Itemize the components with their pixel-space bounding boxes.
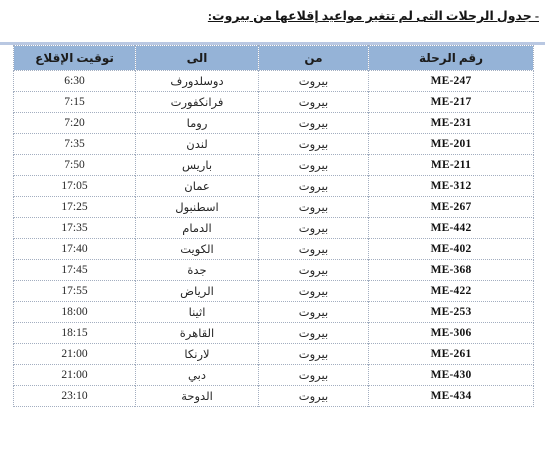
table-row: ME-261 بيروت لارنكا 21:00 [14, 344, 534, 365]
flight-number-cell: ME-312 [369, 176, 534, 197]
departure-time-cell: 7:50 [14, 155, 136, 176]
destination-cell: روما [136, 113, 259, 134]
flight-number-cell: ME-261 [369, 344, 534, 365]
flight-number-cell: ME-231 [369, 113, 534, 134]
origin-cell: بيروت [259, 71, 369, 92]
flight-number-cell: ME-434 [369, 386, 534, 407]
origin-cell: بيروت [259, 365, 369, 386]
table-row: ME-368 بيروت جدة 17:45 [14, 260, 534, 281]
table-header-row: رقم الرحلة من الى توقيت الإقلاع [14, 46, 534, 71]
destination-cell: الدوحة [136, 386, 259, 407]
table-row: ME-434 بيروت الدوحة 23:10 [14, 386, 534, 407]
origin-cell: بيروت [259, 344, 369, 365]
table-row: ME-211 بيروت باريس 7:50 [14, 155, 534, 176]
flights-table: رقم الرحلة من الى توقيت الإقلاع ME-247 ب… [13, 45, 534, 407]
destination-cell: دبي [136, 365, 259, 386]
destination-cell: القاهرة [136, 323, 259, 344]
destination-cell: دوسلدورف [136, 71, 259, 92]
departure-time-cell: 17:25 [14, 197, 136, 218]
origin-cell: بيروت [259, 323, 369, 344]
departure-time-cell: 21:00 [14, 344, 136, 365]
flight-number-cell: ME-422 [369, 281, 534, 302]
header-to: الى [136, 46, 259, 71]
origin-cell: بيروت [259, 218, 369, 239]
departure-time-cell: 17:05 [14, 176, 136, 197]
flight-number-cell: ME-402 [369, 239, 534, 260]
origin-cell: بيروت [259, 386, 369, 407]
document-page: { "page": { "title": "- جدول الرحلات الت… [0, 0, 545, 452]
table-row: ME-442 بيروت الدمام 17:35 [14, 218, 534, 239]
table-row: ME-306 بيروت القاهرة 18:15 [14, 323, 534, 344]
destination-cell: الكويت [136, 239, 259, 260]
origin-cell: بيروت [259, 260, 369, 281]
destination-cell: الدمام [136, 218, 259, 239]
destination-cell: لندن [136, 134, 259, 155]
header-departure-time: توقيت الإقلاع [14, 46, 136, 71]
destination-cell: اثينا [136, 302, 259, 323]
departure-time-cell: 17:55 [14, 281, 136, 302]
destination-cell: الرياض [136, 281, 259, 302]
header-from: من [259, 46, 369, 71]
departure-time-cell: 18:00 [14, 302, 136, 323]
table-row: ME-267 بيروت اسطنبول 17:25 [14, 197, 534, 218]
origin-cell: بيروت [259, 281, 369, 302]
origin-cell: بيروت [259, 155, 369, 176]
table-row: ME-217 بيروت فرانكفورت 7:15 [14, 92, 534, 113]
flight-number-cell: ME-306 [369, 323, 534, 344]
flight-number-cell: ME-217 [369, 92, 534, 113]
departure-time-cell: 17:35 [14, 218, 136, 239]
departure-time-cell: 17:40 [14, 239, 136, 260]
destination-cell: اسطنبول [136, 197, 259, 218]
table-row: ME-312 بيروت عمان 17:05 [14, 176, 534, 197]
flight-number-cell: ME-267 [369, 197, 534, 218]
flight-number-cell: ME-211 [369, 155, 534, 176]
flight-number-cell: ME-442 [369, 218, 534, 239]
table-row: ME-201 بيروت لندن 7:35 [14, 134, 534, 155]
origin-cell: بيروت [259, 197, 369, 218]
flight-number-cell: ME-368 [369, 260, 534, 281]
departure-time-cell: 18:15 [14, 323, 136, 344]
table-row: ME-231 بيروت روما 7:20 [14, 113, 534, 134]
departure-time-cell: 17:45 [14, 260, 136, 281]
origin-cell: بيروت [259, 239, 369, 260]
departure-time-cell: 7:35 [14, 134, 136, 155]
flight-number-cell: ME-253 [369, 302, 534, 323]
table-row: ME-422 بيروت الرياض 17:55 [14, 281, 534, 302]
table-row: ME-253 بيروت اثينا 18:00 [14, 302, 534, 323]
origin-cell: بيروت [259, 134, 369, 155]
origin-cell: بيروت [259, 113, 369, 134]
origin-cell: بيروت [259, 302, 369, 323]
destination-cell: باريس [136, 155, 259, 176]
departure-time-cell: 21:00 [14, 365, 136, 386]
header-flight-number: رقم الرحلة [369, 46, 534, 71]
flight-number-cell: ME-430 [369, 365, 534, 386]
page-title: - جدول الرحلات التى لم تتغير مواعيد إقلا… [0, 8, 539, 24]
departure-time-cell: 23:10 [14, 386, 136, 407]
table-row: ME-402 بيروت الكويت 17:40 [14, 239, 534, 260]
table-body: ME-247 بيروت دوسلدورف 6:30 ME-217 بيروت … [14, 71, 534, 407]
departure-time-cell: 6:30 [14, 71, 136, 92]
flights-table-container: رقم الرحلة من الى توقيت الإقلاع ME-247 ب… [13, 45, 533, 407]
departure-time-cell: 7:15 [14, 92, 136, 113]
destination-cell: فرانكفورت [136, 92, 259, 113]
table-row: ME-247 بيروت دوسلدورف 6:30 [14, 71, 534, 92]
flight-number-cell: ME-247 [369, 71, 534, 92]
origin-cell: بيروت [259, 176, 369, 197]
table-row: ME-430 بيروت دبي 21:00 [14, 365, 534, 386]
departure-time-cell: 7:20 [14, 113, 136, 134]
destination-cell: لارنكا [136, 344, 259, 365]
flight-number-cell: ME-201 [369, 134, 534, 155]
destination-cell: جدة [136, 260, 259, 281]
origin-cell: بيروت [259, 92, 369, 113]
destination-cell: عمان [136, 176, 259, 197]
